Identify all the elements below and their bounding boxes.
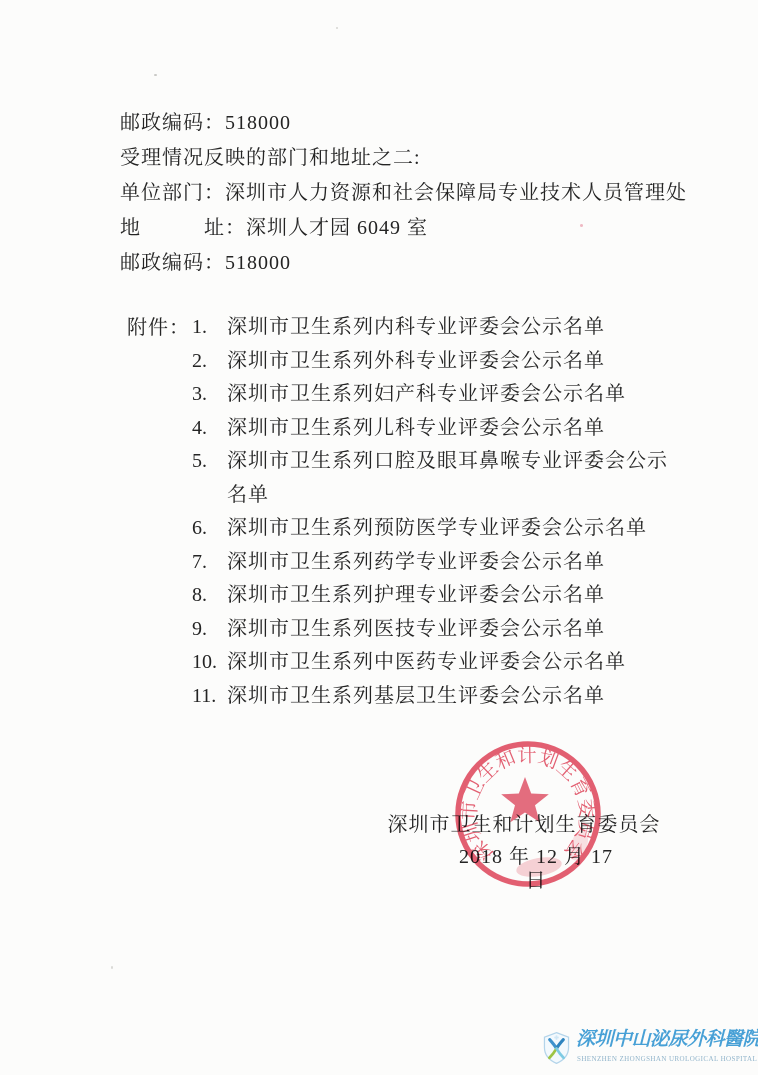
hospital-name-chinese: 深圳中山泌尿外科醫院 (576, 1027, 756, 1053)
scan-speck (336, 27, 338, 29)
attachment-title: 深圳市卫生系列妇产科专业评委会公示名单 (227, 378, 673, 412)
attachment-title: 深圳市卫生系列医技专业评委会公示名单 (227, 613, 673, 647)
scanned-document-page: 邮政编码：518000 受理情况反映的部门和地址之二: 单位部门：深圳市人力资源… (0, 0, 758, 1075)
signature-organization: 深圳市卫生和计划生育委员会 (385, 813, 663, 837)
attachment-title: 深圳市卫生系列药学专业评委会公示名单 (227, 546, 673, 580)
attachment-item: 9. 深圳市卫生系列医技专业评委会公示名单 (192, 613, 678, 647)
attachment-title: 深圳市卫生系列儿科专业评委会公示名单 (227, 412, 673, 446)
hospital-logo-shield-icon (543, 1031, 570, 1065)
postal-code-line: 邮政编码：518000 (120, 106, 720, 141)
attachment-title: 深圳市卫生系列口腔及眼耳鼻喉专业评委会公示名单 (227, 445, 673, 512)
attachment-number: 3. (192, 378, 227, 412)
attachments-label: 附件： (127, 311, 190, 345)
attachment-number: 10. (192, 646, 227, 680)
complaint-dept-heading: 受理情况反映的部门和地址之二: (120, 141, 720, 176)
attachment-number: 4. (192, 412, 227, 446)
attachment-item: 4. 深圳市卫生系列儿科专业评委会公示名单 (192, 412, 678, 446)
postal-code-line-2: 邮政编码：518000 (120, 246, 720, 281)
attachment-item: 3. 深圳市卫生系列妇产科专业评委会公示名单 (192, 378, 678, 412)
attachment-number: 6. (192, 512, 227, 546)
attachment-item: 5. 深圳市卫生系列口腔及眼耳鼻喉专业评委会公示名单 (192, 445, 678, 512)
attachment-item: 6. 深圳市卫生系列预防医学专业评委会公示名单 (192, 512, 678, 546)
scan-speck (580, 224, 583, 227)
unit-department-line: 单位部门：深圳市人力资源和社会保障局专业技术人员管理处 (120, 176, 720, 211)
signature-date: 2018 年 12 月 17 日 (447, 845, 625, 893)
attachment-number: 1. (192, 311, 227, 345)
attachment-item: 1. 深圳市卫生系列内科专业评委会公示名单 (192, 311, 678, 345)
attachment-title: 深圳市卫生系列护理专业评委会公示名单 (227, 579, 673, 613)
attachment-title: 深圳市卫生系列中医药专业评委会公示名单 (227, 646, 673, 680)
attachment-title: 深圳市卫生系列外科专业评委会公示名单 (227, 345, 673, 379)
attachment-number: 5. (192, 445, 227, 479)
attachment-item: 7. 深圳市卫生系列药学专业评委会公示名单 (192, 546, 678, 580)
attachment-title: 深圳市卫生系列基层卫生评委会公示名单 (227, 680, 673, 714)
attachment-number: 2. (192, 345, 227, 379)
attachment-title: 深圳市卫生系列内科专业评委会公示名单 (227, 311, 673, 345)
attachment-title: 深圳市卫生系列预防医学专业评委会公示名单 (227, 512, 673, 546)
attachment-item: 11. 深圳市卫生系列基层卫生评委会公示名单 (192, 680, 678, 714)
scan-speck (111, 966, 113, 969)
address-line: 地 址：深圳人才园 6049 室 (120, 211, 720, 246)
attachment-number: 9. (192, 613, 227, 647)
attachment-number: 7. (192, 546, 227, 580)
attachment-item: 8. 深圳市卫生系列护理专业评委会公示名单 (192, 579, 678, 613)
attachment-item: 2. 深圳市卫生系列外科专业评委会公示名单 (192, 345, 678, 379)
scan-speck (154, 74, 157, 76)
attachment-number: 8. (192, 579, 227, 613)
contact-info-block: 邮政编码：518000 受理情况反映的部门和地址之二: 单位部门：深圳市人力资源… (120, 106, 720, 281)
attachments-list: 1. 深圳市卫生系列内科专业评委会公示名单 2. 深圳市卫生系列外科专业评委会公… (192, 311, 678, 713)
hospital-name-english: SHENZHEN ZHONGSHAN UROLOGICAL HOSPITAL (577, 1054, 757, 1064)
attachment-item: 10. 深圳市卫生系列中医药专业评委会公示名单 (192, 646, 678, 680)
attachment-number: 11. (192, 680, 227, 714)
